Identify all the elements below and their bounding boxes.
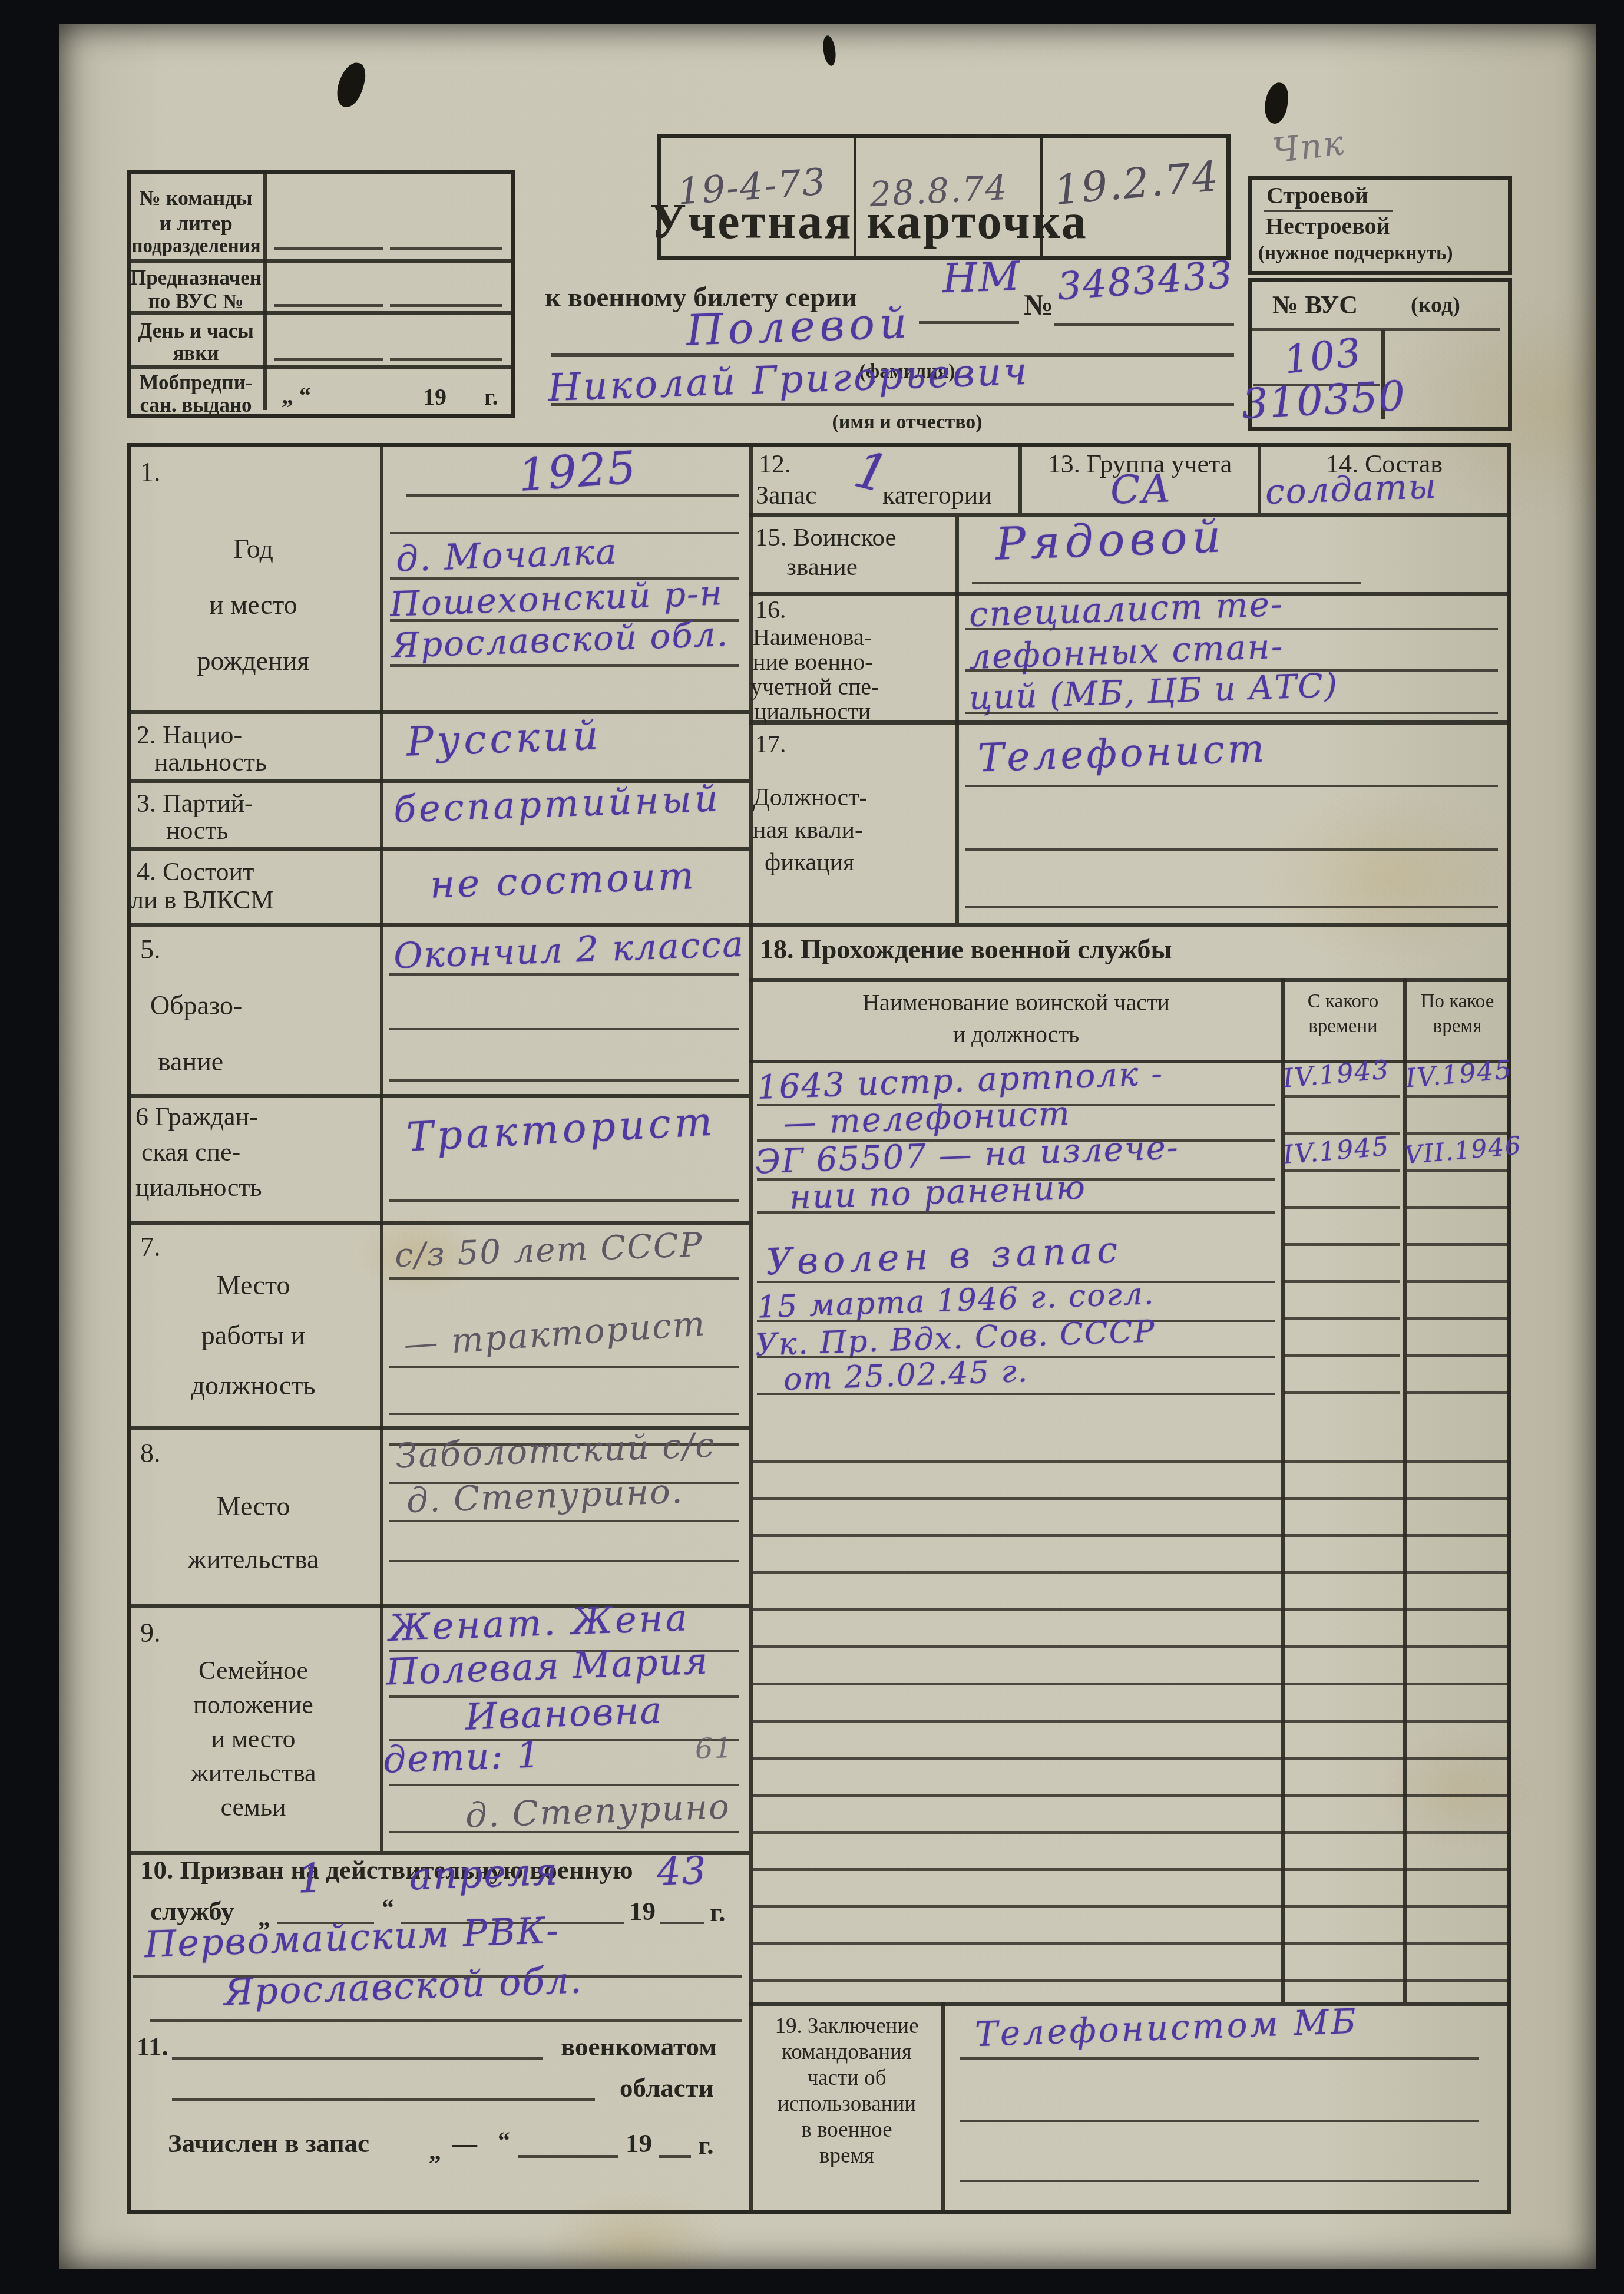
line-service-note: (нужное подчеркнуть) xyxy=(1258,243,1453,265)
blank-line xyxy=(406,494,739,497)
blank-line xyxy=(389,1520,739,1522)
blank-line xyxy=(274,247,383,250)
service-col-header-from: С какого xyxy=(1284,991,1402,1013)
blank-line xyxy=(965,712,1498,714)
service-col-header-from: времени xyxy=(1284,1016,1402,1037)
blank-line xyxy=(389,973,739,976)
item16-label: ние военно- xyxy=(753,648,873,676)
row-divider xyxy=(127,710,749,714)
item10-year19: 19 xyxy=(629,1896,656,1926)
service-date-lines xyxy=(1284,1060,1400,1426)
item2-label: нальность xyxy=(154,747,267,777)
item19-label: 19. Заключение xyxy=(754,2014,940,2039)
item19-label: время xyxy=(754,2143,940,2169)
blank-line xyxy=(389,924,739,926)
line-service-nestroevoi: Нестроевой xyxy=(1265,212,1390,240)
quote-mark: “ xyxy=(498,2127,510,2155)
blank-line xyxy=(1054,323,1234,326)
mob-date-g: г. xyxy=(484,383,498,411)
label-mob-order: Мобпредпи- xyxy=(133,371,259,395)
item19-label: командования xyxy=(754,2040,940,2065)
item16-label: циальности xyxy=(754,698,871,725)
mobilization-box-divider xyxy=(263,174,267,410)
item11-g: г. xyxy=(698,2130,714,2160)
item11-number: 11. xyxy=(137,2031,168,2062)
item19-label: в военное xyxy=(754,2117,940,2143)
item9-label: положение xyxy=(141,1690,365,1720)
item7-number: 7. xyxy=(140,1231,161,1262)
cell-divider xyxy=(1018,447,1022,513)
item11-voenkomat: военкоматом xyxy=(561,2031,717,2062)
line-service-stroevoi: Строевой xyxy=(1266,181,1368,209)
item9-wife-patronymic: Ивановна xyxy=(465,1688,664,1738)
blank-line xyxy=(274,304,383,307)
item2-label: 2. Нацио- xyxy=(137,720,242,750)
item1-village: д. Мочалка xyxy=(395,531,618,580)
blank-line xyxy=(390,304,502,307)
label-team-number: № команды xyxy=(133,186,259,210)
item10-text: 10. Призван на действительную военную xyxy=(140,1855,633,1885)
item7-label: работы и xyxy=(147,1320,359,1351)
label-attendance: День и часы xyxy=(133,319,259,343)
service-col-header-to: По какое xyxy=(1407,991,1508,1013)
row-divider xyxy=(749,2002,1507,2006)
item8-label: жительства xyxy=(147,1543,359,1575)
row-divider xyxy=(127,1221,749,1225)
item7-label: должность xyxy=(147,1370,359,1401)
blank-line xyxy=(172,2057,543,2060)
blank-line xyxy=(172,2098,595,2101)
item18-heading: 18. Прохождение военной службы xyxy=(760,934,1172,965)
blank-line xyxy=(960,2120,1479,2122)
item12-label: Запас xyxy=(756,480,817,510)
item2-value: Русский xyxy=(406,712,603,766)
item12-label: категории xyxy=(882,480,992,510)
blank-line xyxy=(518,2155,618,2158)
quote-mark: „ xyxy=(429,2137,441,2166)
item10-month: апреля xyxy=(409,1850,560,1899)
item10-year: 43 xyxy=(656,1849,708,1895)
divider xyxy=(127,365,515,369)
item6-label: 6 Граждан- xyxy=(135,1102,258,1132)
row-divider xyxy=(749,923,1507,927)
item17-number: 17. xyxy=(755,730,786,759)
blank-line xyxy=(960,2180,1479,2182)
item5-label: Образо- xyxy=(150,990,242,1021)
dash: — xyxy=(452,2130,477,2158)
item16-number: 16. xyxy=(755,596,786,624)
item9-label: и место xyxy=(141,1724,365,1754)
blank-line xyxy=(960,2057,1479,2060)
vus-label: № ВУС xyxy=(1272,290,1358,320)
mob-date-quote: „ “ xyxy=(282,382,311,409)
service-col-header-to: время xyxy=(1407,1016,1508,1037)
item1-label: Год xyxy=(147,533,359,564)
item13-value: СА xyxy=(1110,465,1173,513)
blank-line xyxy=(389,1199,739,1202)
billet-series-value: НМ xyxy=(942,253,1022,303)
blank-line xyxy=(389,1028,739,1030)
item4-value: не состоит xyxy=(429,854,697,907)
item7-label: Место xyxy=(147,1270,359,1301)
item8-number: 8. xyxy=(140,1437,161,1469)
blank-line xyxy=(389,1079,739,1082)
divider xyxy=(1252,328,1500,331)
item9-label: Семейное xyxy=(141,1655,365,1685)
vus-code-caption: (код) xyxy=(1411,292,1460,318)
cell-divider xyxy=(955,517,959,923)
label-vus-purpose: Предназначен xyxy=(130,266,262,290)
item15-label: звание xyxy=(786,553,858,581)
blank-line xyxy=(390,664,739,667)
item6-label: циальность xyxy=(135,1172,262,1202)
blank-line xyxy=(965,785,1498,787)
item4-label: ли в ВЛКСМ xyxy=(131,885,274,915)
item17-label: Должност- xyxy=(753,784,868,812)
item8-label: Место xyxy=(147,1490,359,1522)
blank-line xyxy=(389,1277,739,1280)
service-table-blank-lines xyxy=(753,1426,1507,2000)
page-title: Учетная карточка xyxy=(636,193,1102,250)
item11-year19: 19 xyxy=(626,2128,652,2159)
item16-label: Наименова- xyxy=(753,623,872,651)
blank-line xyxy=(389,1831,739,1833)
billet-number-sign: № xyxy=(1024,287,1053,322)
item1-label: рождения xyxy=(147,645,359,676)
blank-line xyxy=(389,1784,739,1786)
item19-label: использовании xyxy=(754,2091,940,2117)
item9-number: 9. xyxy=(140,1617,161,1648)
registration-card-scan: Чпк 19-4-73 28.8.74 19.2.74 № команды и … xyxy=(0,0,1624,2294)
item15-label: 15. Воинское xyxy=(755,523,897,552)
item5-label: вание xyxy=(158,1046,223,1077)
item1-year: 1925 xyxy=(517,441,639,501)
item11-reserve: Зачислен в запас xyxy=(168,2128,369,2159)
blank-line xyxy=(389,1560,739,1562)
label-team-number: подразделения xyxy=(131,236,262,257)
item9-label: семьи xyxy=(141,1792,365,1822)
label-team-number: и литер xyxy=(133,211,259,236)
surname-value: Полевой xyxy=(686,298,912,355)
blank-line xyxy=(274,358,383,361)
blank-line xyxy=(551,403,1234,406)
item15-value: Рядовой xyxy=(995,510,1226,570)
blank-line xyxy=(150,2019,742,2022)
item14-value: солдаты xyxy=(1265,466,1438,512)
item12-number: 12. xyxy=(759,449,791,479)
item1-label: и место xyxy=(147,589,359,620)
center-divider xyxy=(749,443,753,2214)
item6-label: ская спе- xyxy=(141,1137,240,1167)
blank-line xyxy=(757,1211,1275,1214)
mob-date-year: 19 xyxy=(423,383,446,411)
item4-label: 4. Состоит xyxy=(137,857,254,887)
name-caption: (имя и отчество) xyxy=(766,411,1049,434)
left-label-divider xyxy=(380,447,383,1851)
service-col-header-unit: и должность xyxy=(760,1020,1272,1048)
item10-day: 1 xyxy=(297,1855,325,1903)
service-col-header-unit: Наименование воинской части xyxy=(760,989,1272,1016)
blank-line xyxy=(659,2155,691,2158)
blank-line xyxy=(390,247,502,250)
blank-line xyxy=(757,1393,1275,1395)
service-date-lines xyxy=(1407,1060,1507,1426)
label-vus-purpose: по ВУС № xyxy=(133,290,259,313)
blank-line xyxy=(965,906,1498,908)
row-divider xyxy=(749,978,1507,982)
vus-code-value: 310350 xyxy=(1241,372,1407,429)
item11-oblast: области xyxy=(620,2072,714,2103)
item9-label: жительства xyxy=(141,1758,365,1788)
blank-line xyxy=(919,321,1019,324)
item9-children: дети: 1 xyxy=(382,1733,542,1781)
row-divider xyxy=(127,1094,749,1098)
item9-pencil-number: 61 xyxy=(694,1731,734,1766)
row-divider xyxy=(127,847,749,851)
blank-line xyxy=(390,358,502,361)
divider xyxy=(127,259,515,263)
item3-label: 3. Партий- xyxy=(137,788,253,818)
item3-label: ность xyxy=(166,815,228,845)
blank-line xyxy=(389,1413,739,1415)
label-attendance: явки xyxy=(133,342,259,365)
blank-line xyxy=(660,1922,704,1924)
blank-line xyxy=(965,848,1498,851)
item16-label: учетной спе- xyxy=(750,673,879,700)
item19-label: части об xyxy=(754,2065,940,2091)
item5-number: 5. xyxy=(140,934,161,965)
item10-g: г. xyxy=(710,1897,726,1928)
item17-label: фикация xyxy=(765,848,854,877)
cell-divider xyxy=(941,2002,945,2214)
blank-line xyxy=(389,1366,739,1368)
item1-number: 1. xyxy=(140,457,161,488)
label-mob-order: сан. выдано xyxy=(133,394,259,417)
item17-label: ная квали- xyxy=(753,816,863,844)
blank-line xyxy=(972,582,1361,584)
